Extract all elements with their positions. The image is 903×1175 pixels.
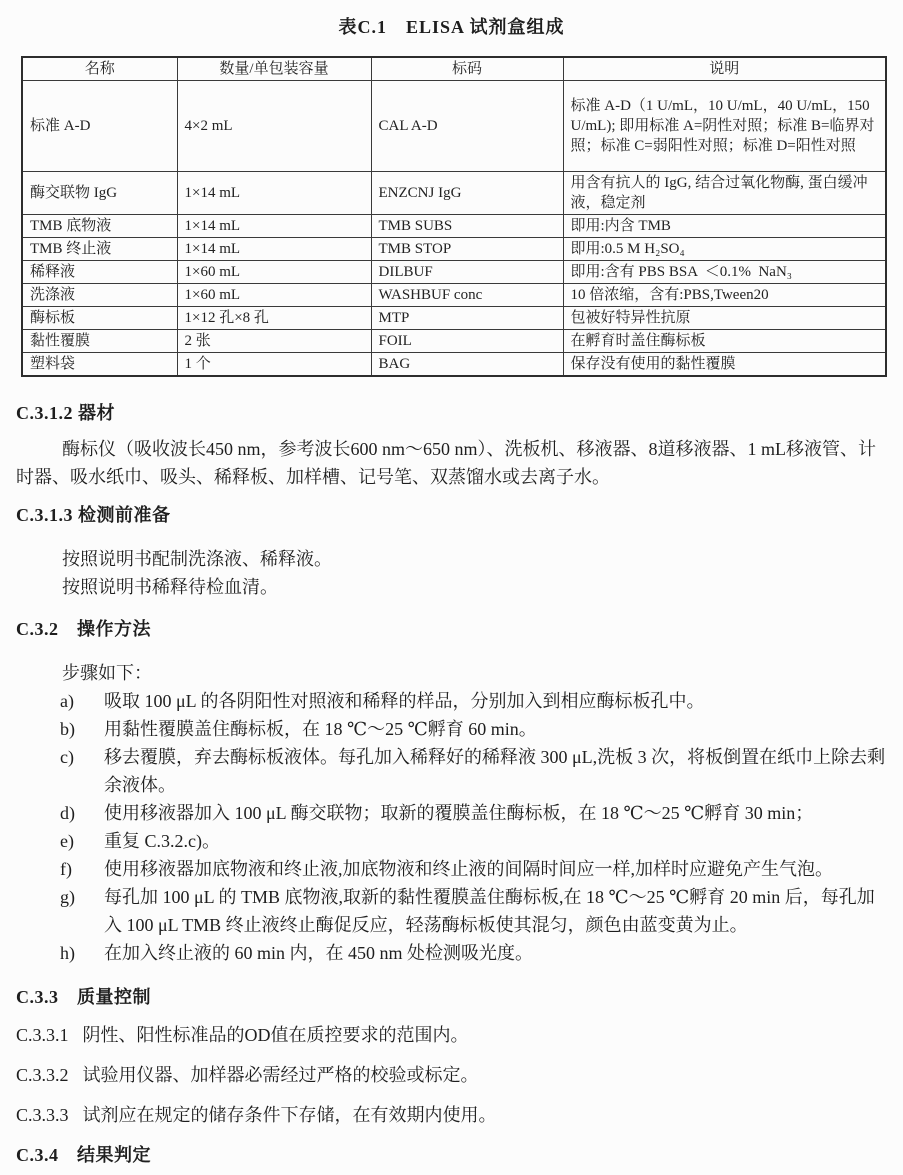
table-cell: 1 个 (177, 353, 371, 377)
table-cell: 10 倍浓缩，含有:PBS,Tween20 (563, 284, 886, 307)
qc-item: C.3.3.2试验用仪器、加样器必需经过严格的校验或标定。 (16, 1061, 887, 1089)
qc-item-text: 阴性、阳性标准品的OD值在质控要求的范围内。 (83, 1025, 469, 1045)
table-row: TMB 终止液1×14 mLTMB STOP即用:0.5 M H₂SO₄ (22, 238, 886, 261)
step-item: f)使用移液器加底物液和终止液,加底物液和终止液的间隔时间应一样,加样时应避免产… (60, 855, 887, 883)
table-cell: TMB 终止液 (22, 238, 177, 261)
table-row: 标准 A-D4×2 mLCAL A-D标准 A-D（1 U/mL，10 U/mL… (22, 81, 886, 172)
table-cell: 酶标板 (22, 307, 177, 330)
step-text: 吸取 100 μL 的各阴阳性对照液和稀释的样品，分别加入到相应酶标板孔中。 (104, 687, 887, 715)
preparation-line: 按照说明书配制洗涤液、稀释液。 (16, 545, 887, 573)
table-cell: BAG (371, 353, 563, 377)
table-cell: 1×14 mL (177, 215, 371, 238)
section-heading-c32: C.3.2 操作方法 (16, 617, 887, 641)
step-item: b)用黏性覆膜盖住酶标板，在 18 ℃～25 ℃孵育 60 min。 (60, 715, 887, 743)
table-cell: TMB 底物液 (22, 215, 177, 238)
steps-intro: 步骤如下： (16, 659, 887, 687)
step-label: a) (60, 687, 104, 715)
table-cell: WASHBUF conc (371, 284, 563, 307)
table-cell: 稀释液 (22, 261, 177, 284)
column-header: 标码 (371, 57, 563, 81)
step-text: 重复 C.3.2.c)。 (104, 827, 887, 855)
preparation-block: 按照说明书配制洗涤液、稀释液。 按照说明书稀释待检血清。 (16, 545, 887, 601)
qc-item-label: C.3.3.2 (16, 1065, 69, 1085)
step-label: h) (60, 939, 104, 967)
step-item: d)使用移液器加入 100 μL 酶交联物；取新的覆膜盖住酶标板，在 18 ℃～… (60, 799, 887, 827)
section-heading-c313: C.3.1.3 检测前准备 (16, 503, 887, 527)
step-label: f) (60, 855, 104, 883)
table-cell: DILBUF (371, 261, 563, 284)
step-item: c)移去覆膜，弃去酶标板液体。每孔加入稀释好的稀释液 300 μL,洗板 3 次… (60, 743, 887, 799)
table-cell: 保存没有使用的黏性覆膜 (563, 353, 886, 377)
preparation-line: 按照说明书稀释待检血清。 (16, 573, 887, 601)
table-cell: 包被好特异性抗原 (563, 307, 886, 330)
step-item: h)在加入终止液的 60 min 内，在 450 nm 处检测吸光度。 (60, 939, 887, 967)
equipment-paragraph: 酶标仪（吸收波长450 nm，参考波长600 nm～650 nm）、洗板机、移液… (16, 435, 887, 491)
table-cell: 在孵育时盖住酶标板 (563, 330, 886, 353)
table-cell: 1×60 mL (177, 284, 371, 307)
table-cell: TMB SUBS (371, 215, 563, 238)
step-label: b) (60, 715, 104, 743)
step-text: 每孔加 100 μL 的 TMB 底物液,取新的黏性覆膜盖住酶标板,在 18 ℃… (104, 883, 887, 939)
column-header: 说明 (563, 57, 886, 81)
step-label: g) (60, 883, 104, 939)
qc-item-text: 试验用仪器、加样器必需经过严格的校验或标定。 (83, 1065, 479, 1085)
table-cell: 1×14 mL (177, 238, 371, 261)
column-header: 数量/单包装容量 (177, 57, 371, 81)
reagent-kit-table: 名称数量/单包装容量标码说明 标准 A-D4×2 mLCAL A-D标准 A-D… (21, 56, 887, 377)
step-text: 使用移液器加入 100 μL 酶交联物；取新的覆膜盖住酶标板，在 18 ℃～25… (104, 799, 887, 827)
table-cell: 1×14 mL (177, 172, 371, 215)
table-cell: ENZCNJ IgG (371, 172, 563, 215)
table-cell: 标准 A-D（1 U/mL，10 U/mL，40 U/mL，150 U/mL);… (563, 81, 886, 172)
table-cell: 即用:内含 TMB (563, 215, 886, 238)
qc-item: C.3.3.3试剂应在规定的储存条件下存储，在有效期内使用。 (16, 1101, 887, 1129)
step-label: d) (60, 799, 104, 827)
table-cell: MTP (371, 307, 563, 330)
table-row: 洗涤液1×60 mLWASHBUF conc10 倍浓缩，含有:PBS,Twee… (22, 284, 886, 307)
step-text: 使用移液器加底物液和终止液,加底物液和终止液的间隔时间应一样,加样时应避免产生气… (104, 855, 887, 883)
qc-item-text: 试剂应在规定的储存条件下存储，在有效期内使用。 (83, 1105, 497, 1125)
step-label: c) (60, 743, 104, 799)
qc-item-label: C.3.3.3 (16, 1105, 69, 1125)
table-row: TMB 底物液1×14 mLTMB SUBS即用:内含 TMB (22, 215, 886, 238)
qc-item-label: C.3.3.1 (16, 1025, 69, 1045)
section-heading-c33: C.3.3 质量控制 (16, 985, 887, 1009)
table-cell: 洗涤液 (22, 284, 177, 307)
step-text: 移去覆膜，弃去酶标板液体。每孔加入稀释好的稀释液 300 μL,洗板 3 次，将… (104, 743, 887, 799)
section-heading-c34: C.3.4 结果判定 (16, 1143, 887, 1167)
table-row: 黏性覆膜2 张FOIL在孵育时盖住酶标板 (22, 330, 886, 353)
table-cell: 即用:含有 PBS BSA ＜0.1% NaN₃ (563, 261, 886, 284)
table-row: 酶交联物 IgG1×14 mLENZCNJ IgG用含有抗人的 IgG, 结合过… (22, 172, 886, 215)
table-cell: 塑料袋 (22, 353, 177, 377)
table-cell: TMB STOP (371, 238, 563, 261)
qc-item: C.3.3.1阴性、阳性标准品的OD值在质控要求的范围内。 (16, 1021, 887, 1049)
quality-control-list: C.3.3.1阴性、阳性标准品的OD值在质控要求的范围内。C.3.3.2试验用仪… (16, 1021, 887, 1129)
table-cell: 标准 A-D (22, 81, 177, 172)
table-cell: 即用:0.5 M H₂SO₄ (563, 238, 886, 261)
column-header: 名称 (22, 57, 177, 81)
table-cell: 1×60 mL (177, 261, 371, 284)
step-item: a)吸取 100 μL 的各阴阳性对照液和稀释的样品，分别加入到相应酶标板孔中。 (60, 687, 887, 715)
document-page: 表C.1 ELISA 试剂盒组成 名称数量/单包装容量标码说明 标准 A-D4×… (0, 0, 903, 1175)
step-text: 用黏性覆膜盖住酶标板，在 18 ℃～25 ℃孵育 60 min。 (104, 715, 887, 743)
table-cell: 用含有抗人的 IgG, 结合过氧化物酶, 蛋白缓冲液，稳定剂 (563, 172, 886, 215)
section-heading-c312: C.3.1.2 器材 (16, 401, 887, 425)
table-header-row: 名称数量/单包装容量标码说明 (22, 57, 886, 81)
step-text: 在加入终止液的 60 min 内，在 450 nm 处检测吸光度。 (104, 939, 887, 967)
procedure-step-list: a)吸取 100 μL 的各阴阳性对照液和稀释的样品，分别加入到相应酶标板孔中。… (60, 687, 887, 967)
table-cell: FOIL (371, 330, 563, 353)
table-row: 酶标板1×12 孔×8 孔MTP包被好特异性抗原 (22, 307, 886, 330)
table-row: 塑料袋1 个BAG保存没有使用的黏性覆膜 (22, 353, 886, 377)
table-cell: 4×2 mL (177, 81, 371, 172)
table-cell: 黏性覆膜 (22, 330, 177, 353)
step-item: g)每孔加 100 μL 的 TMB 底物液,取新的黏性覆膜盖住酶标板,在 18… (60, 883, 887, 939)
table-cell: CAL A-D (371, 81, 563, 172)
table-row: 稀释液1×60 mLDILBUF即用:含有 PBS BSA ＜0.1% NaN₃ (22, 261, 886, 284)
table-cell: 1×12 孔×8 孔 (177, 307, 371, 330)
step-label: e) (60, 827, 104, 855)
table-caption: 表C.1 ELISA 试剂盒组成 (16, 14, 887, 40)
step-item: e)重复 C.3.2.c)。 (60, 827, 887, 855)
table-cell: 酶交联物 IgG (22, 172, 177, 215)
table-cell: 2 张 (177, 330, 371, 353)
